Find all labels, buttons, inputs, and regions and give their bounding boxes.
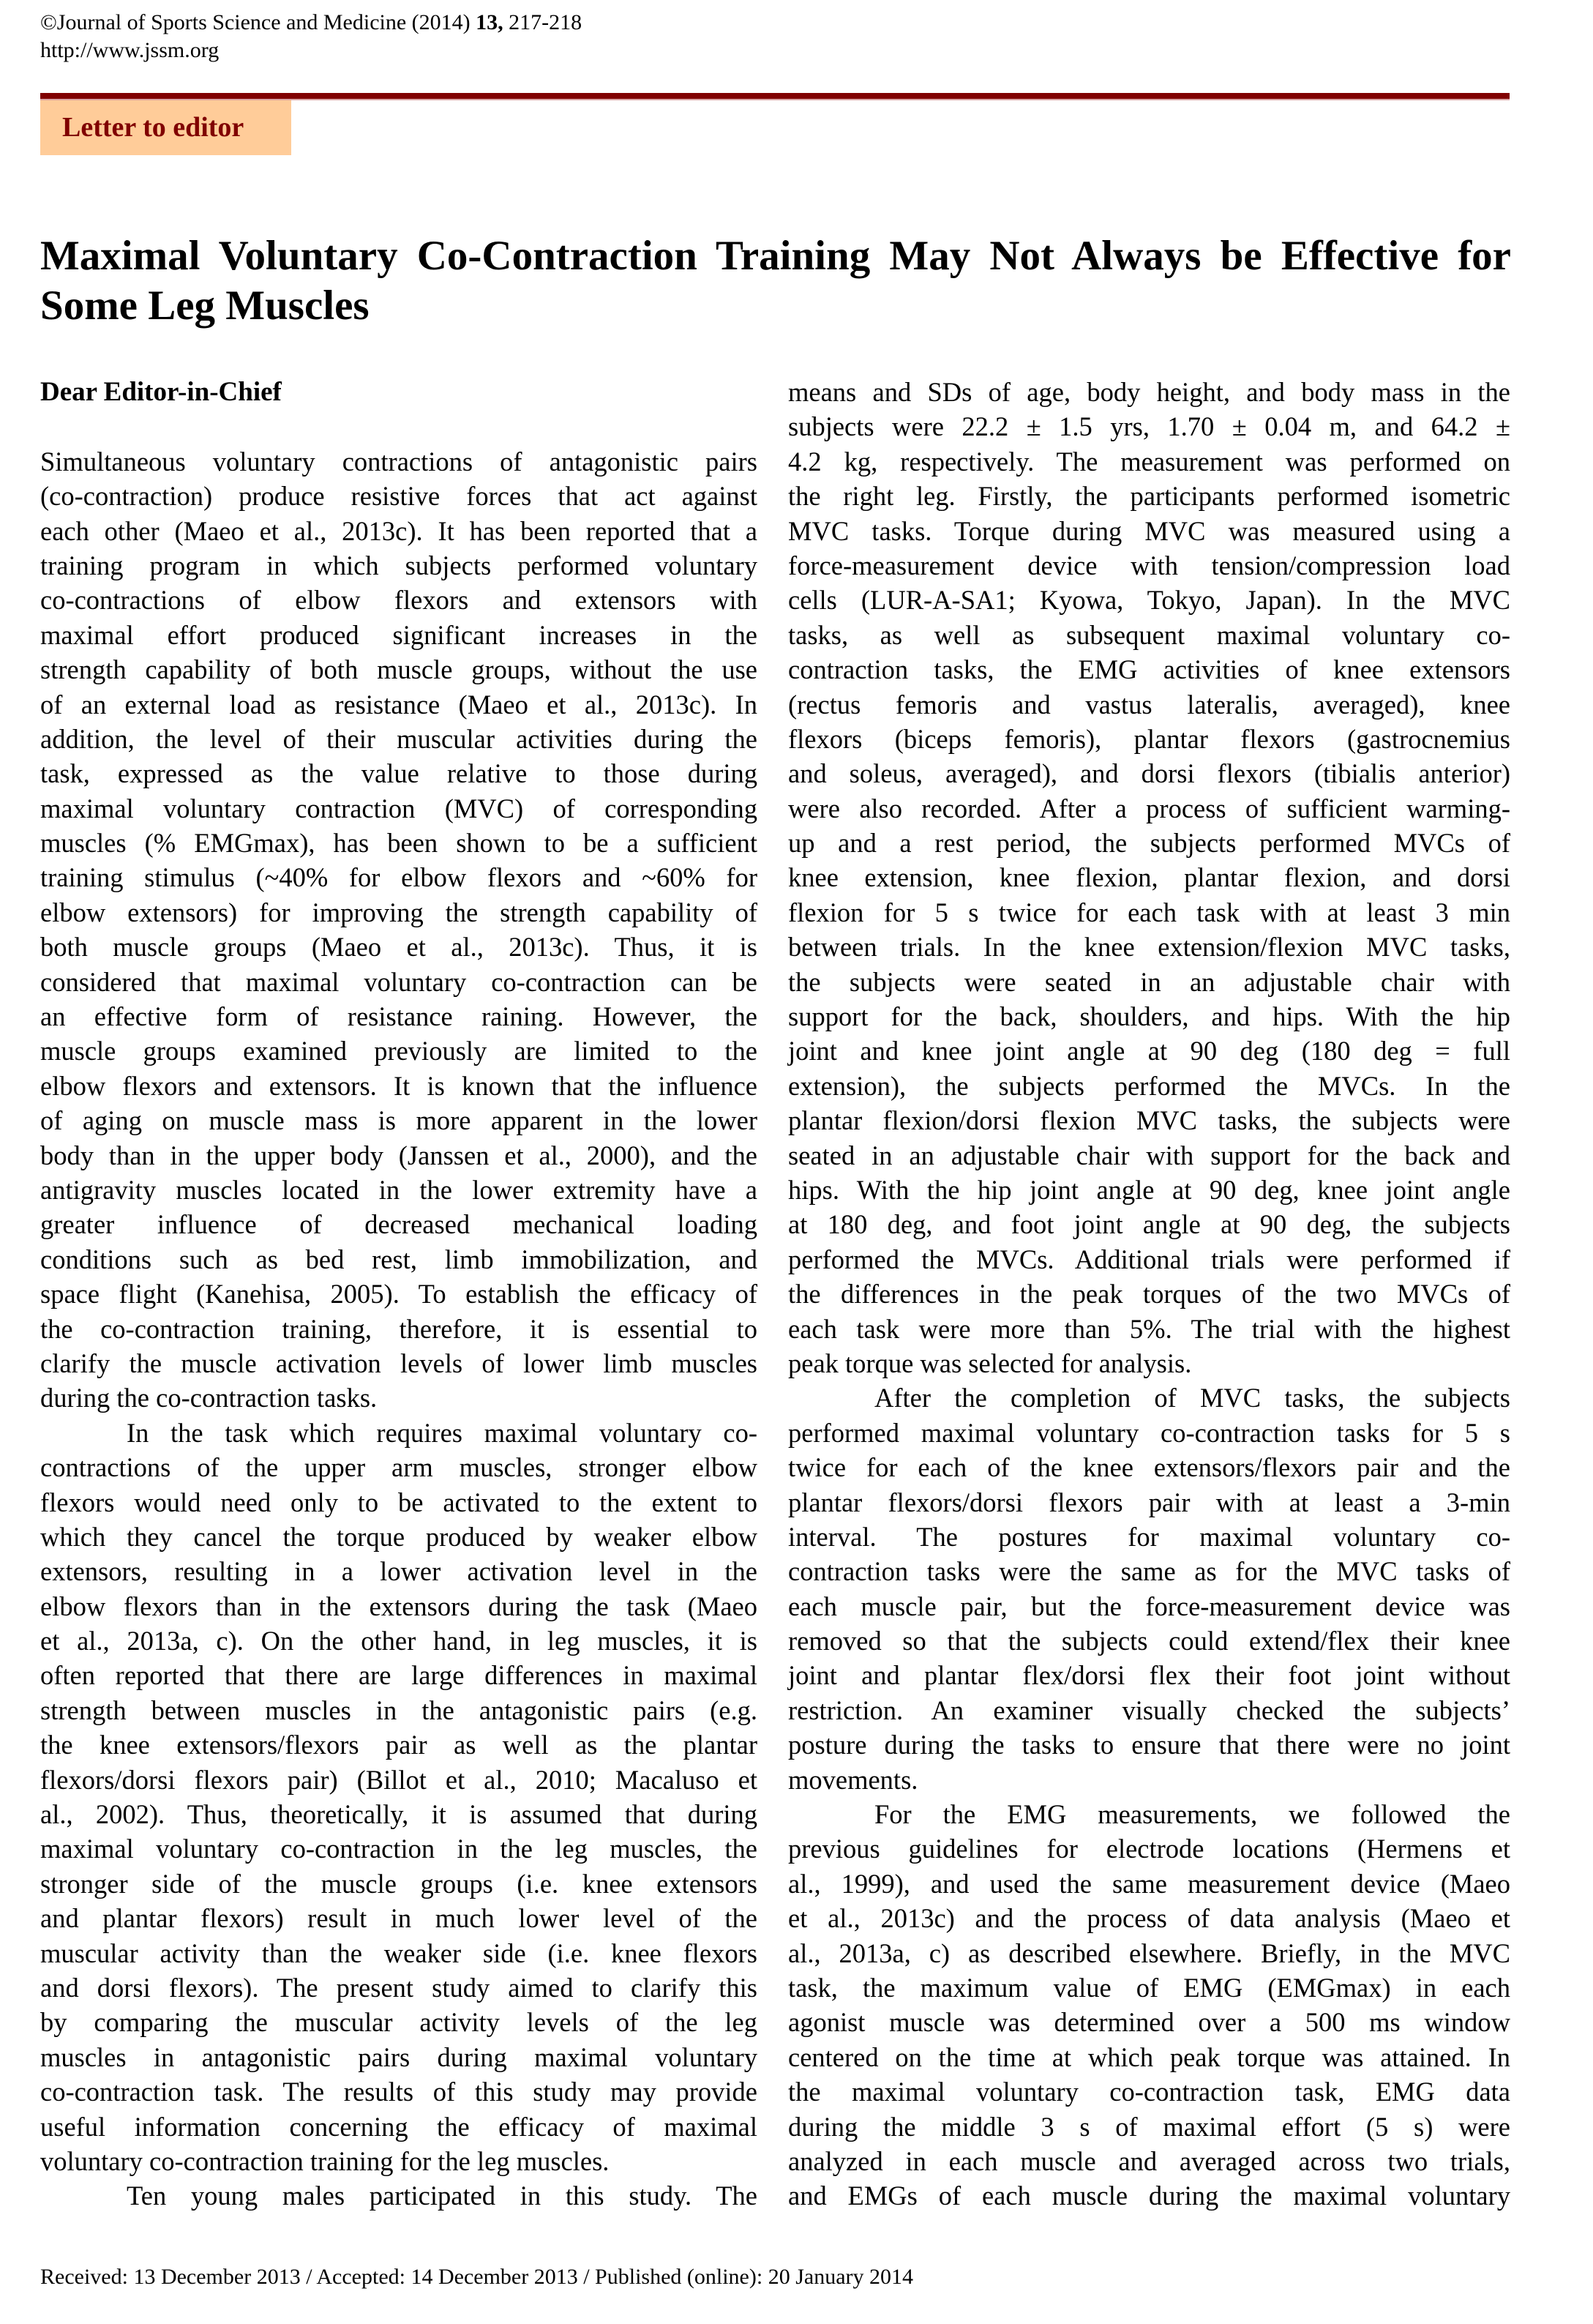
text-line: task, the maximum value of EMG (EMGmax) …: [788, 1970, 1510, 2005]
text-line: flexors/dorsi flexors pair) (Billot et a…: [40, 1763, 757, 1797]
text-line: strength between muscles in the antagoni…: [40, 1693, 757, 1727]
text-line: the subjects were seated in an adjustabl…: [788, 965, 1510, 999]
text-line: elbow flexors than in the extensors duri…: [40, 1589, 757, 1624]
text-line: flexion for 5 s twice for each task with…: [788, 895, 1510, 930]
text-line: interval. The postures for maximal volun…: [788, 1520, 1510, 1554]
text-line: Simultaneous voluntary contractions of a…: [40, 444, 757, 479]
text-line: subjects were 22.2 ± 1.5 yrs, 1.70 ± 0.0…: [788, 409, 1510, 444]
text-line: hips. With the hip joint angle at 90 deg…: [788, 1173, 1510, 1207]
text-line: twice for each of the knee extensors/fle…: [788, 1450, 1510, 1484]
text-line: addition, the level of their muscular ac…: [40, 722, 757, 756]
text-line: often reported that there are large diff…: [40, 1658, 757, 1692]
text-line: movements.: [788, 1763, 1510, 1797]
text-line: the differences in the peak torques of t…: [788, 1277, 1510, 1311]
text-line: and EMGs of each muscle during the maxim…: [788, 2178, 1510, 2213]
text-line: flexors (biceps femoris), plantar flexor…: [788, 722, 1510, 756]
text-line: 4.2 kg, respectively. The measurement wa…: [788, 444, 1510, 479]
text-line: the co-contraction training, therefore, …: [40, 1312, 757, 1346]
text-line: et al., 2013c) and the process of data a…: [788, 1901, 1510, 1935]
text-line: during the middle 3 s of maximal effort …: [788, 2110, 1510, 2144]
text-line: Ten young males participated in this stu…: [40, 2178, 757, 2213]
text-line: (rectus femoris and vastus lateralis, av…: [788, 687, 1510, 722]
salutation: Dear Editor-in-Chief: [40, 375, 757, 409]
text-line: muscle groups examined previously are li…: [40, 1034, 757, 1068]
text-line: flexors would need only to be activated …: [40, 1485, 757, 1520]
text-line: cells (LUR-A-SA1; Kyowa, Tokyo, Japan). …: [788, 583, 1510, 617]
text-line: For the EMG measurements, we followed th…: [788, 1797, 1510, 1831]
article-title-line-2: Some Leg Muscles: [40, 281, 1511, 331]
text-line: task, expressed as the value relative to…: [40, 756, 757, 791]
text-line: co-contraction task. The results of this…: [40, 2074, 757, 2109]
text-line: force-measurement device with tension/co…: [788, 548, 1510, 583]
text-line: (co-contraction) produce resistive force…: [40, 479, 757, 513]
text-line: stronger side of the muscle groups (i.e.…: [40, 1867, 757, 1901]
text-line: seated in an adjustable chair with suppo…: [788, 1138, 1510, 1173]
journal-name: ©Journal of Sports Science and Medicine …: [40, 10, 476, 34]
text-line: al., 2013a, c) as described elsewhere. B…: [788, 1936, 1510, 1970]
text-line: and plantar flexors) result in much lowe…: [40, 1901, 757, 1935]
text-line: and dorsi flexors). The present study ai…: [40, 1970, 757, 2005]
text-line: space flight (Kanehisa, 2005). To establ…: [40, 1277, 757, 1311]
text-line: performed maximal voluntary co-contracti…: [788, 1416, 1510, 1450]
text-line: the knee extensors/flexors pair as well …: [40, 1727, 757, 1762]
article-title: Maximal Voluntary Co-Contraction Trainin…: [40, 231, 1511, 331]
header-divider: [40, 93, 1510, 100]
text-line: of an external load as resistance (Maeo …: [40, 687, 757, 722]
text-line: an effective form of resistance raining.…: [40, 999, 757, 1034]
text-line: et al., 2013a, c). On the other hand, in…: [40, 1624, 757, 1658]
text-line: both muscle groups (Maeo et al., 2013c).…: [40, 930, 757, 964]
journal-volume: 13,: [476, 10, 503, 34]
text-line: centered on the time at which peak torqu…: [788, 2040, 1510, 2074]
right-column: means and SDs of age, body height, and b…: [788, 375, 1510, 2213]
journal-url[interactable]: http://www.jssm.org: [40, 37, 219, 64]
left-column: Dear Editor-in-Chief Simultaneous volunt…: [40, 375, 757, 2213]
text-line: each muscle pair, but the force-measurem…: [788, 1589, 1510, 1624]
text-line: muscular activity than the weaker side (…: [40, 1936, 757, 1970]
text-line: extensors, resulting in a lower activati…: [40, 1554, 757, 1588]
text-line: and soleus, averaged), and dorsi flexors…: [788, 756, 1510, 791]
text-line: useful information concerning the effica…: [40, 2110, 757, 2144]
journal-citation: ©Journal of Sports Science and Medicine …: [40, 9, 582, 37]
text-line: peak torque was selected for analysis.: [788, 1346, 1510, 1380]
text-line: by comparing the muscular activity level…: [40, 2005, 757, 2039]
text-line: between trials. In the knee extension/fl…: [788, 930, 1510, 964]
text-line: co-contractions of elbow flexors and ext…: [40, 583, 757, 617]
text-line: extension), the subjects performed the M…: [788, 1069, 1510, 1103]
text-line: plantar flexion/dorsi flexion MVC tasks,…: [788, 1103, 1510, 1137]
text-line: voluntary co-contraction training for th…: [40, 2144, 757, 2178]
text-line: training program in which subjects perfo…: [40, 548, 757, 583]
text-line: al., 1999), and used the same measuremen…: [788, 1867, 1510, 1901]
text-line: plantar flexors/dorsi flexors pair with …: [788, 1485, 1510, 1520]
text-line: tasks, as well as subsequent maximal vol…: [788, 618, 1510, 652]
text-line: muscles (% EMGmax), has been shown to be…: [40, 826, 757, 860]
text-line: muscles in antagonistic pairs during max…: [40, 2040, 757, 2074]
paragraph-spacer: [40, 409, 757, 444]
text-line: al., 2002). Thus, theoretically, it is a…: [40, 1797, 757, 1831]
text-line: joint and knee joint angle at 90 deg (18…: [788, 1034, 1510, 1068]
text-line: the maximal voluntary co-contraction tas…: [788, 2074, 1510, 2109]
text-line: joint and plantar flex/dorsi flex their …: [788, 1658, 1510, 1692]
text-line: clarify the muscle activation levels of …: [40, 1346, 757, 1380]
text-line: contraction tasks were the same as for t…: [788, 1554, 1510, 1588]
text-line: which they cancel the torque produced by…: [40, 1520, 757, 1554]
text-line: After the completion of MVC tasks, the s…: [788, 1380, 1510, 1415]
article-type-badge: Letter to editor: [40, 100, 291, 155]
text-line: analyzed in each muscle and averaged acr…: [788, 2144, 1510, 2178]
text-line: MVC tasks. Torque during MVC was measure…: [788, 514, 1510, 548]
text-line: at 180 deg, and foot joint angle at 90 d…: [788, 1207, 1510, 1241]
publication-dates: Received: 13 December 2013 / Accepted: 1…: [40, 2263, 913, 2291]
text-line: during the co-contraction tasks.: [40, 1380, 757, 1415]
text-line: maximal voluntary co-contraction in the …: [40, 1831, 757, 1866]
article-title-line-1: Maximal Voluntary Co-Contraction Trainin…: [40, 231, 1511, 281]
text-line: body than in the upper body (Janssen et …: [40, 1138, 757, 1173]
text-line: elbow flexors and extensors. It is known…: [40, 1069, 757, 1103]
text-line: maximal voluntary contraction (MVC) of c…: [40, 791, 757, 826]
text-line: of aging on muscle mass is more apparent…: [40, 1103, 757, 1137]
text-line: knee extension, knee flexion, plantar fl…: [788, 860, 1510, 894]
text-line: considered that maximal voluntary co-con…: [40, 965, 757, 999]
text-line: conditions such as bed rest, limb immobi…: [40, 1242, 757, 1277]
journal-pages: 217-218: [503, 10, 582, 34]
text-line: antigravity muscles located in the lower…: [40, 1173, 757, 1207]
text-line: In the task which requires maximal volun…: [40, 1416, 757, 1450]
text-line: removed so that the subjects could exten…: [788, 1624, 1510, 1658]
text-line: contractions of the upper arm muscles, s…: [40, 1450, 757, 1484]
text-line: posture during the tasks to ensure that …: [788, 1727, 1510, 1762]
text-line: training stimulus (~40% for elbow flexor…: [40, 860, 757, 894]
text-line: means and SDs of age, body height, and b…: [788, 375, 1510, 409]
text-line: support for the back, shoulders, and hip…: [788, 999, 1510, 1034]
text-line: each other (Maeo et al., 2013c). It has …: [40, 514, 757, 548]
text-line: up and a rest period, the subjects perfo…: [788, 826, 1510, 860]
text-line: were also recorded. After a process of s…: [788, 791, 1510, 826]
text-line: the right leg. Firstly, the participants…: [788, 479, 1510, 513]
text-line: greater influence of decreased mechanica…: [40, 1207, 757, 1241]
text-line: elbow extensors) for improving the stren…: [40, 895, 757, 930]
text-line: each task were more than 5%. The trial w…: [788, 1312, 1510, 1346]
text-line: previous guidelines for electrode locati…: [788, 1831, 1510, 1866]
text-line: maximal effort produced significant incr…: [40, 618, 757, 652]
text-line: agonist muscle was determined over a 500…: [788, 2005, 1510, 2039]
text-line: performed the MVCs. Additional trials we…: [788, 1242, 1510, 1277]
text-line: contraction tasks, the EMG activities of…: [788, 652, 1510, 687]
text-line: strength capability of both muscle group…: [40, 652, 757, 687]
text-line: restriction. An examiner visually checke…: [788, 1693, 1510, 1727]
